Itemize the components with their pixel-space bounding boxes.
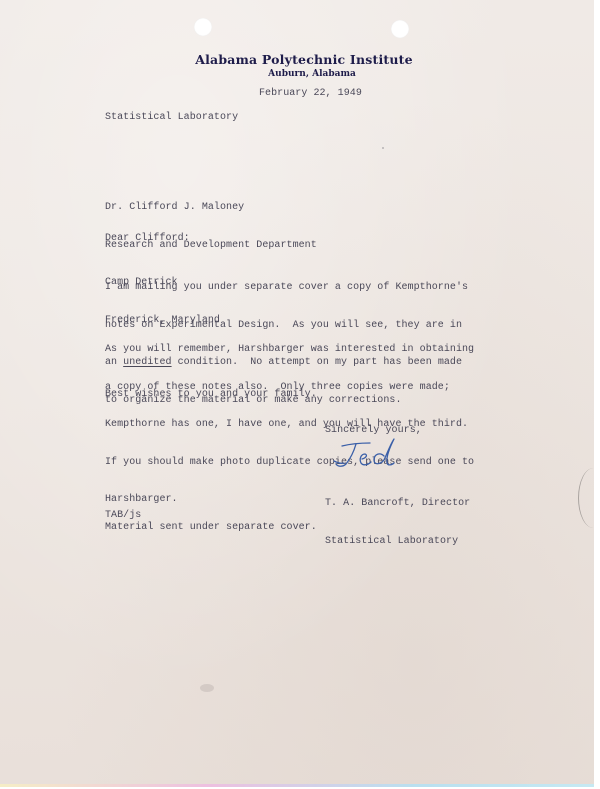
- reference-initials: TAB/js: [105, 510, 141, 523]
- enclosure-note: Material sent under separate cover.: [105, 522, 317, 535]
- scanned-letter-page: Alabama Polytechnic Institute Auburn, Al…: [0, 0, 600, 789]
- scan-edge-artifact: [0, 784, 594, 787]
- paragraph-2-line: If you should make photo duplicate copie…: [105, 457, 474, 470]
- recipient-name: Dr. Clifford J. Maloney: [105, 202, 317, 215]
- letterhead-location: Auburn, Alabama: [12, 69, 600, 79]
- complimentary-close: Sincerely yours,: [325, 425, 422, 438]
- paragraph-1-line: I am mailing you under separate cover a …: [105, 282, 468, 295]
- punch-hole-right: [391, 20, 409, 38]
- salutation: Dear Clifford:: [105, 233, 190, 246]
- signer-department: Statistical Laboratory: [325, 536, 470, 549]
- signer-name-title: T. A. Bancroft, Director: [325, 498, 470, 511]
- sender-department: Statistical Laboratory: [105, 112, 238, 125]
- paragraph-2-line: As you will remember, Harshbarger was in…: [105, 344, 474, 357]
- handwritten-signature: [332, 437, 402, 471]
- letterhead-institution: Alabama Polytechnic Institute: [4, 52, 600, 67]
- signature-block: T. A. Bancroft, Director Statistical Lab…: [325, 473, 470, 573]
- paper-speck: [382, 147, 384, 149]
- letter-date: February 22, 1949: [259, 88, 362, 101]
- paper-smudge: [200, 684, 214, 692]
- punch-hole-left: [194, 18, 212, 36]
- body-paragraph-3: Best wishes to you and your family.: [105, 389, 317, 402]
